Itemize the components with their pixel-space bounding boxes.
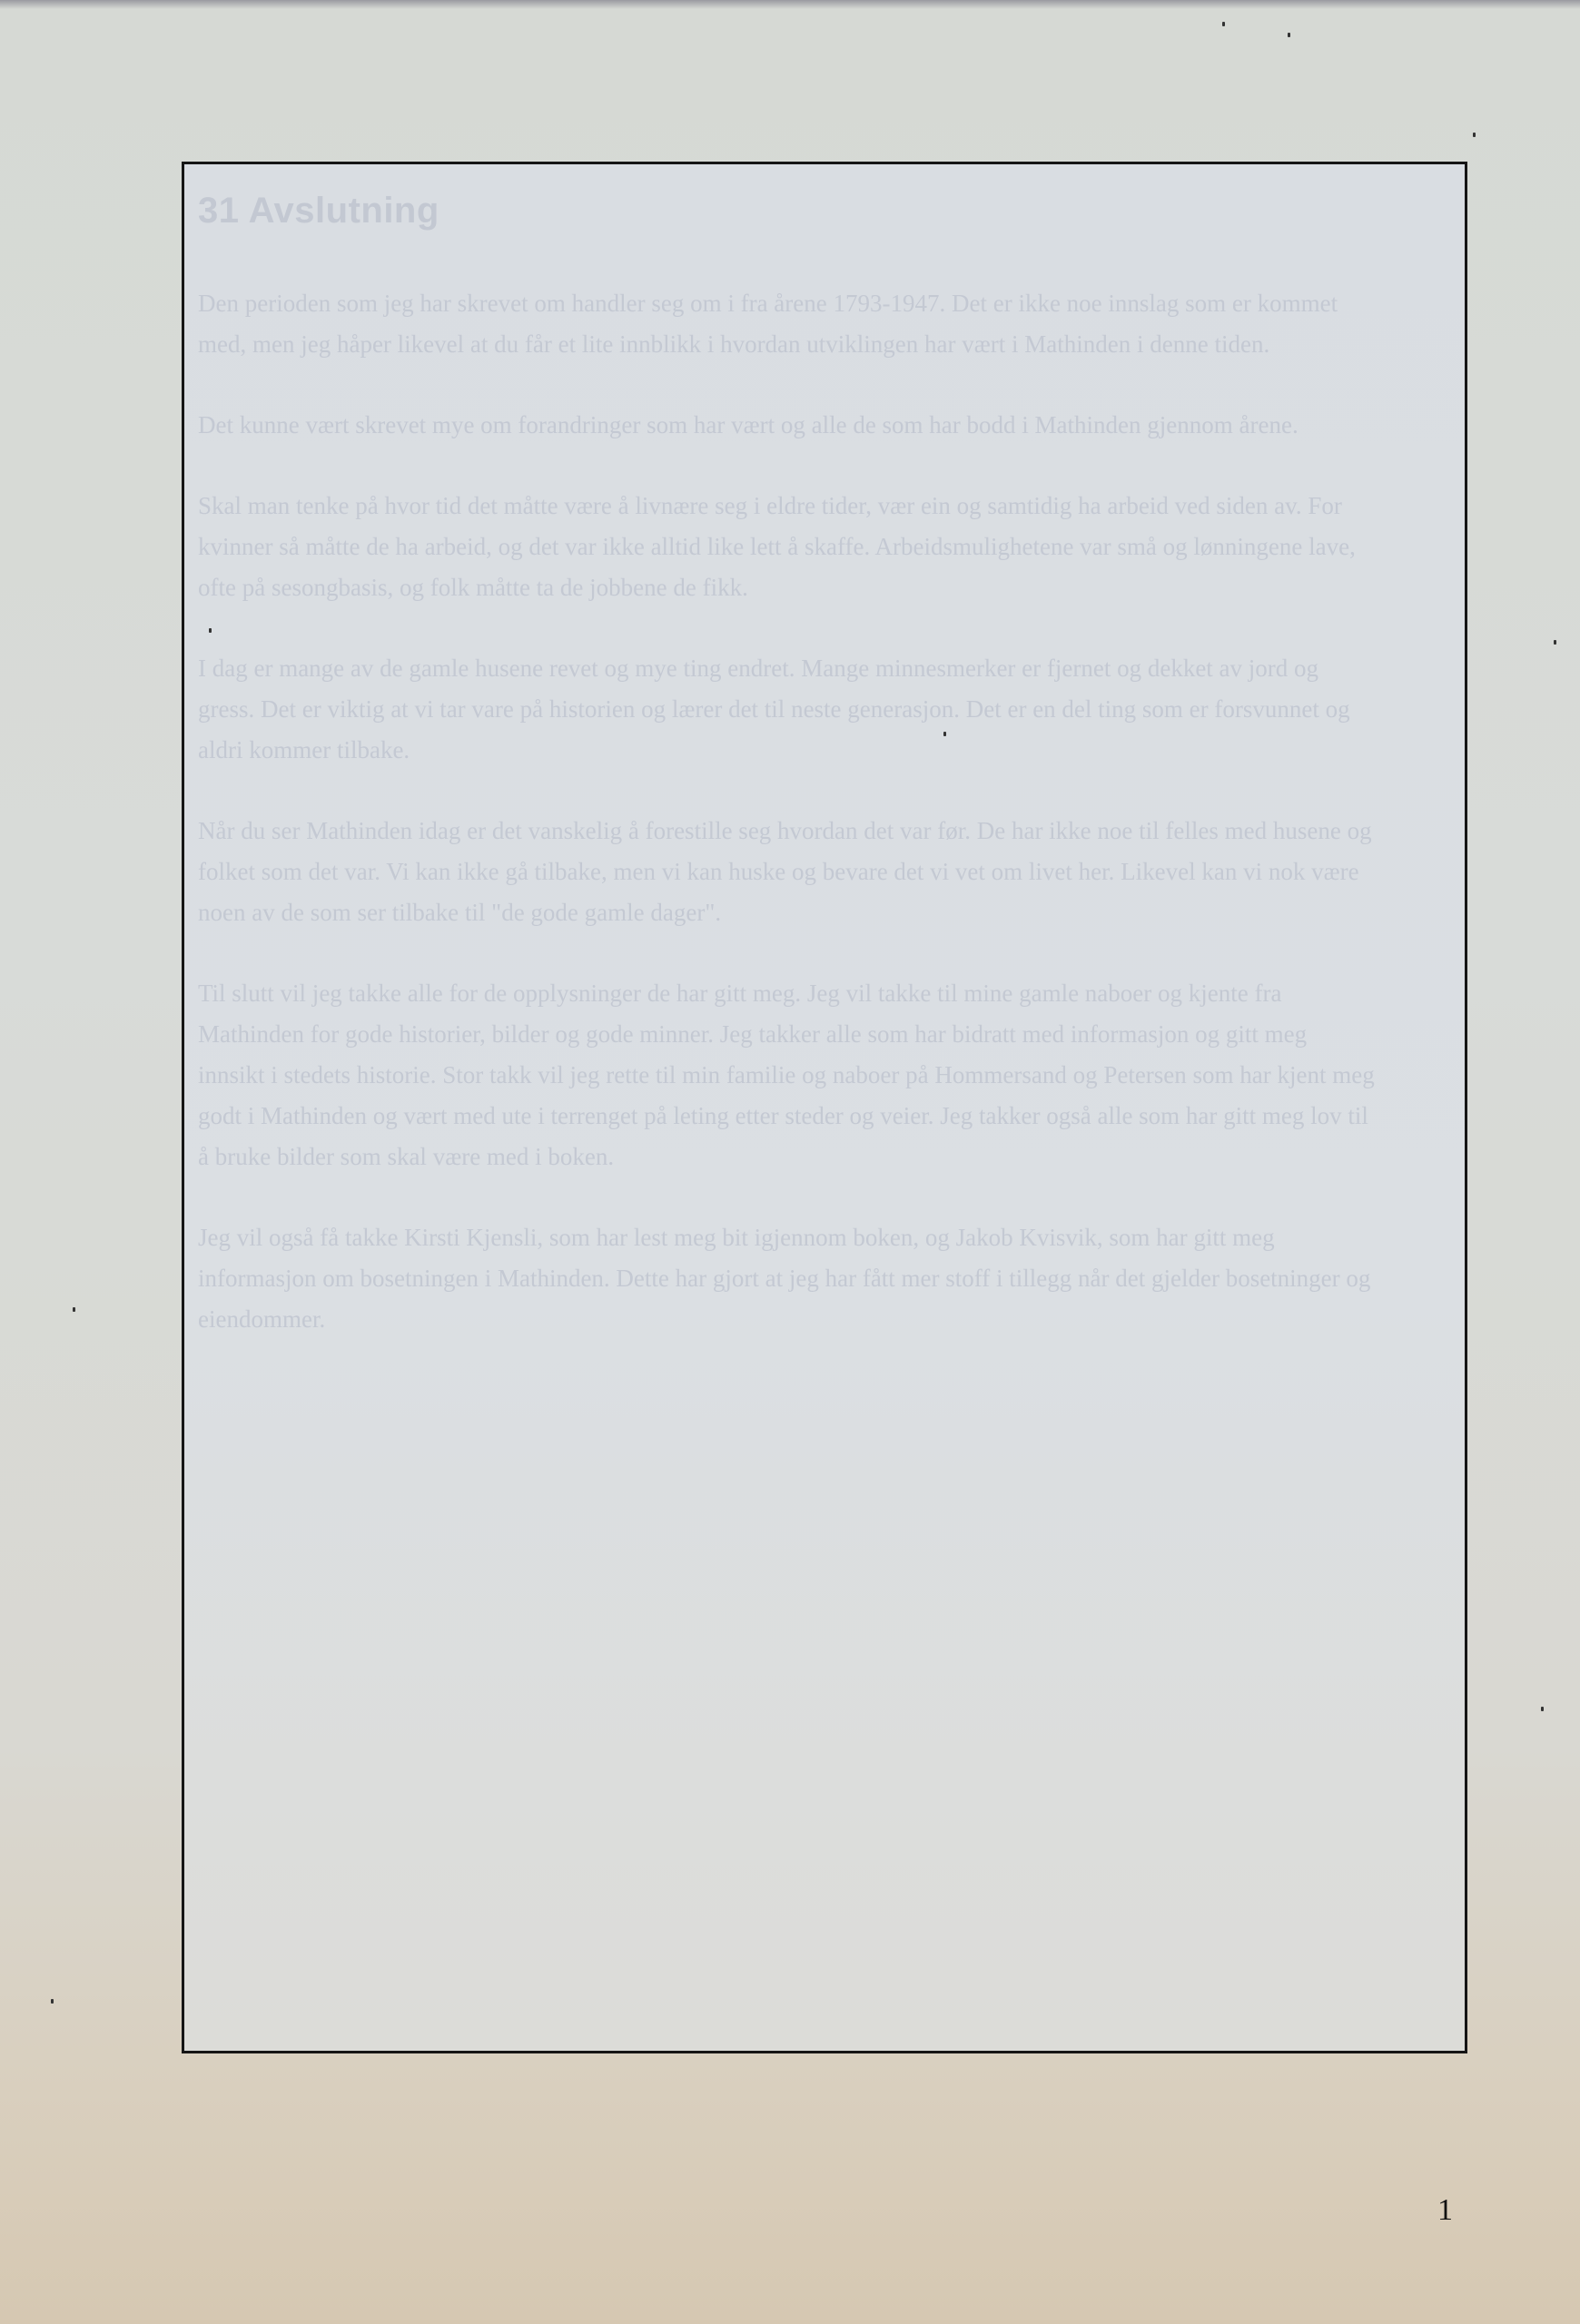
scan-speck — [1473, 133, 1476, 137]
section-heading: 31 Avslutning — [198, 191, 439, 231]
paragraph: Til slutt vil jeg takke alle for de oppl… — [198, 973, 1378, 1177]
paragraph: Når du ser Mathinden idag er det vanskel… — [198, 811, 1378, 933]
scan-speck — [1554, 640, 1556, 645]
paragraph: Skal man tenke på hvor tid det måtte vær… — [198, 486, 1378, 608]
page-number: 1 — [1437, 2193, 1453, 2228]
paragraph: I dag er mange av de gamle husene revet … — [198, 648, 1378, 771]
scan-top-edge — [0, 0, 1580, 9]
paragraph: Den perioden som jeg har skrevet om hand… — [198, 283, 1378, 365]
paragraph: Jeg vil også få takke Kirsti Kjensli, so… — [198, 1217, 1378, 1340]
scan-speck — [943, 732, 946, 736]
scan-speck — [1541, 1707, 1544, 1711]
scan-speck — [1222, 22, 1225, 26]
body-text: Den perioden som jeg har skrevet om hand… — [198, 283, 1378, 1380]
paragraph: Det kunne vært skrevet mye om forandring… — [198, 405, 1378, 446]
scan-speck — [51, 1999, 54, 2004]
scan-speck — [209, 628, 212, 633]
scan-speck — [73, 1307, 75, 1312]
scan-speck — [1288, 33, 1290, 37]
